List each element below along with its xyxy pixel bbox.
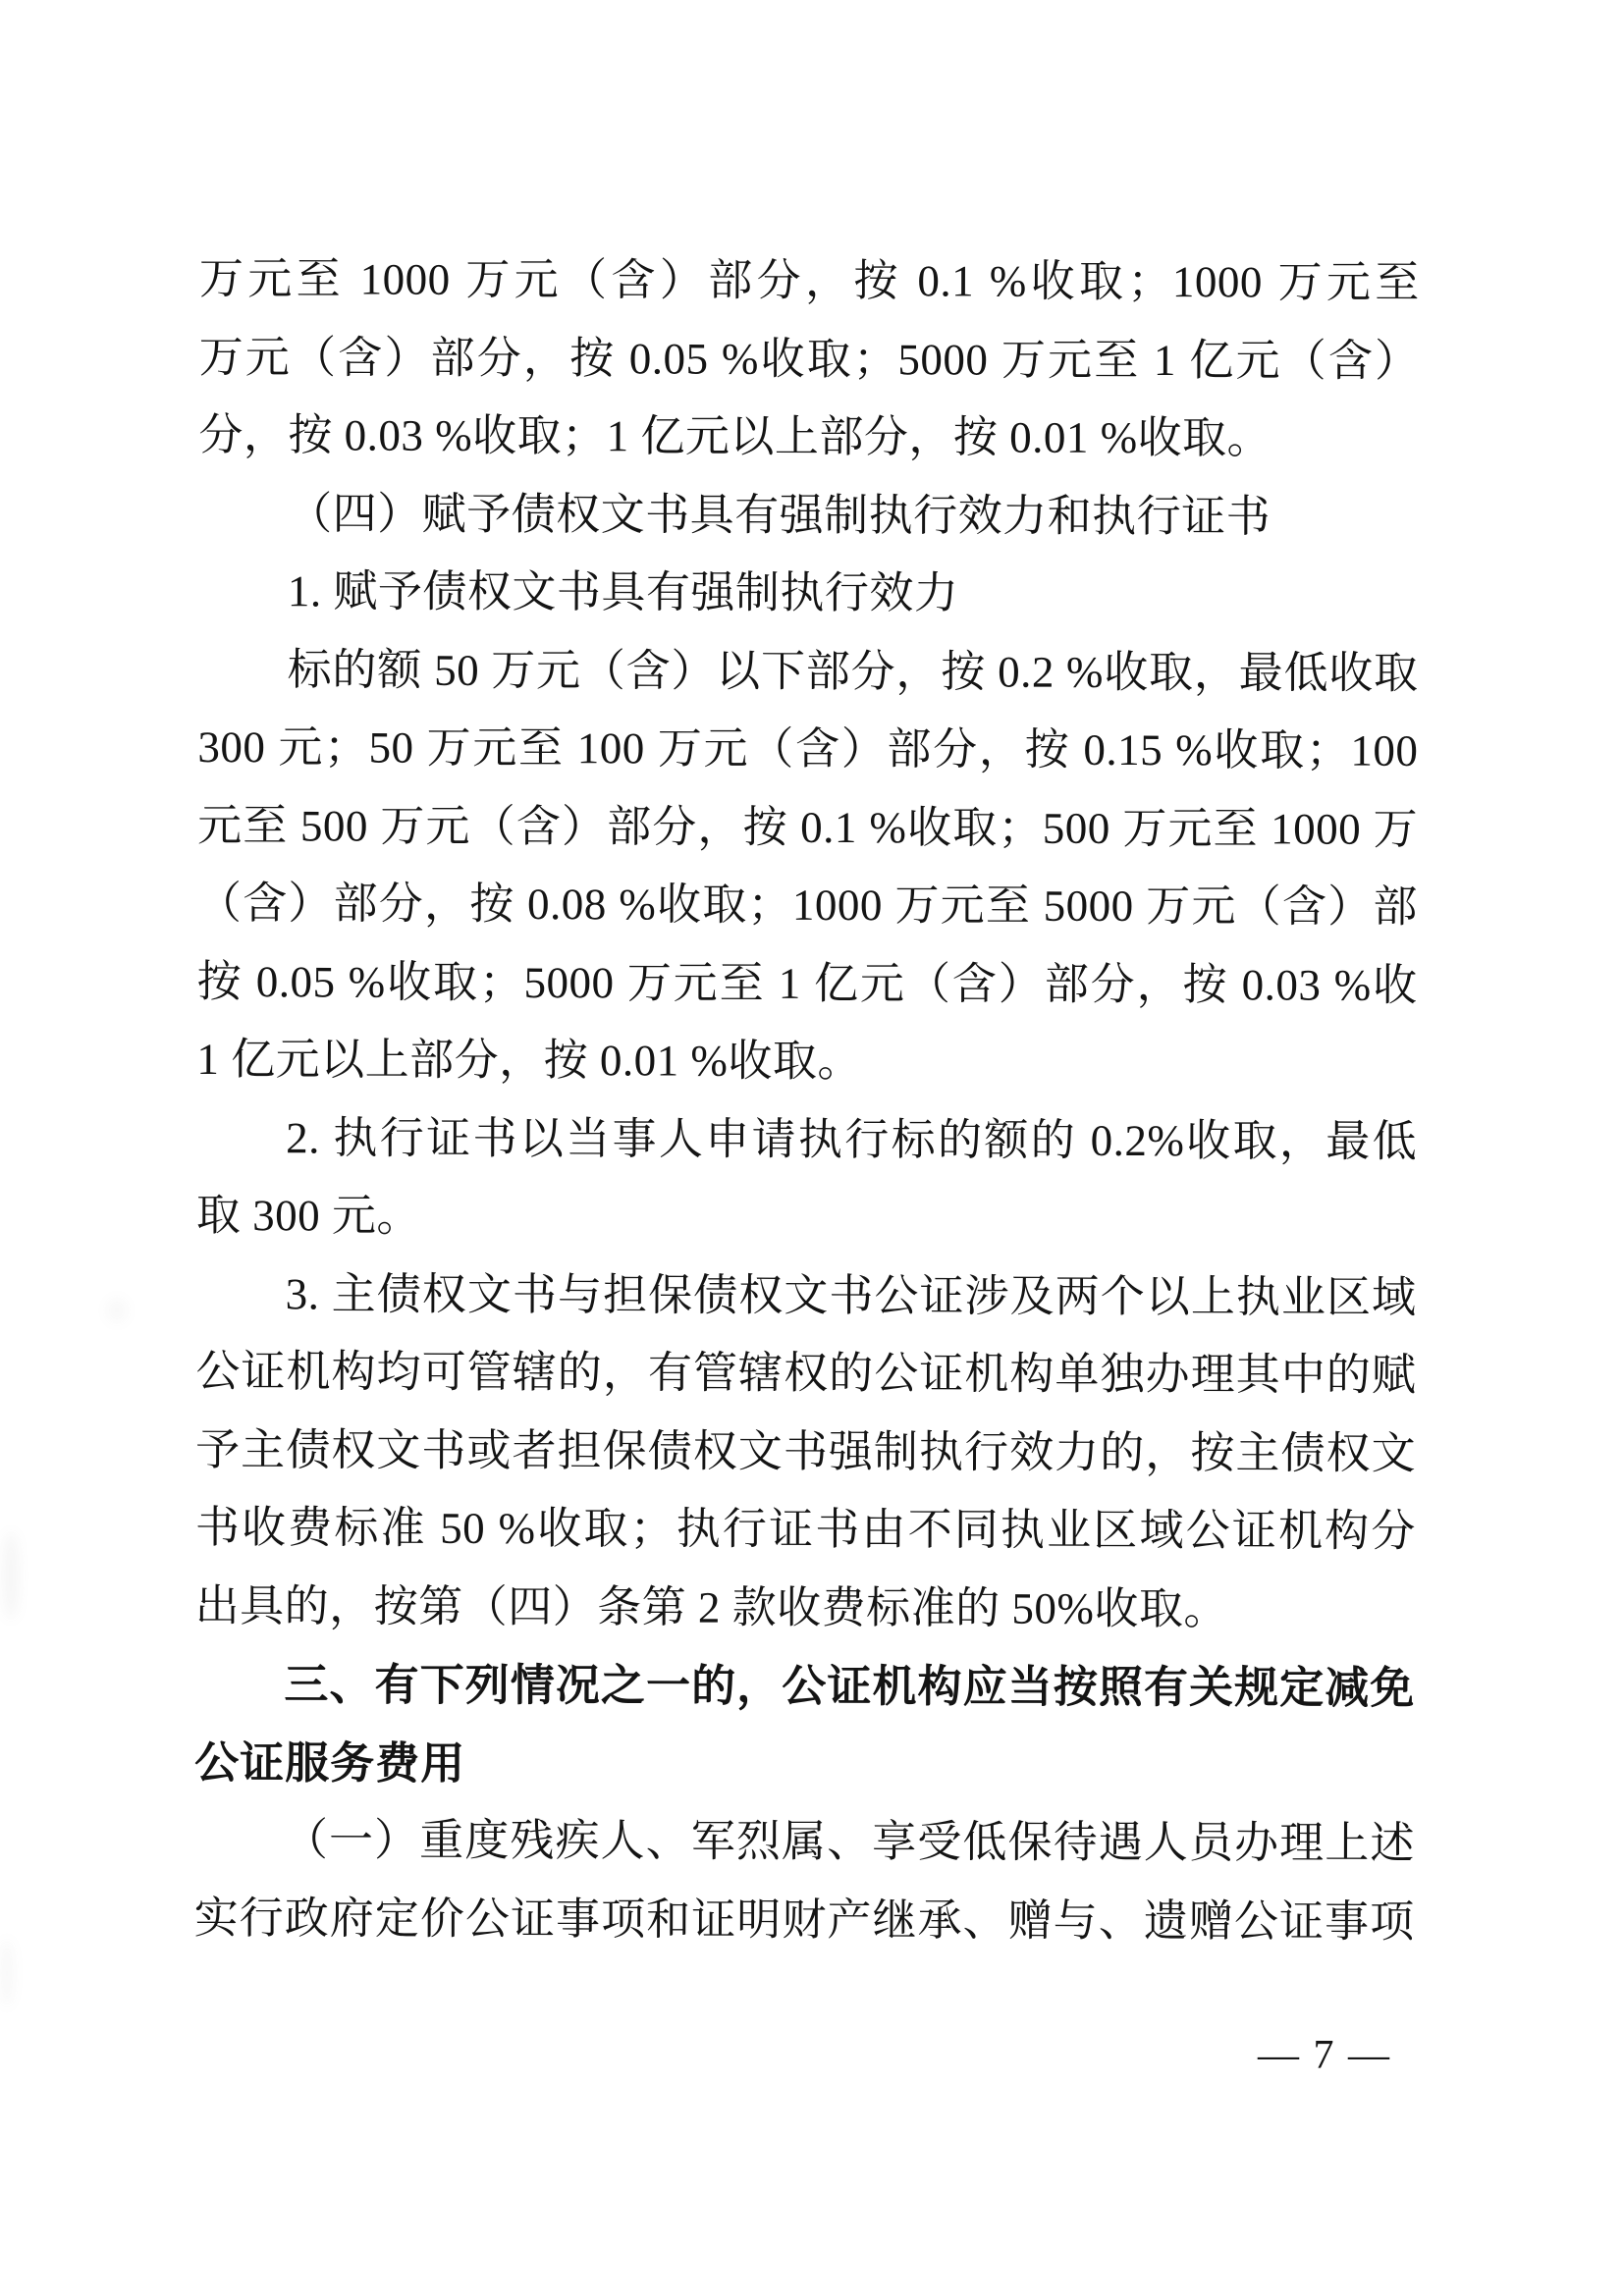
text-line: 300 元；50 万元至 100 万元（含）部分，按 0.15 %收取；100 …	[197, 709, 1418, 790]
text-line: 1 亿元以上部分，按 0.01 %收取。	[196, 1021, 1417, 1102]
text-line: 公证服务费用	[194, 1723, 1415, 1804]
text-line: 公证机构均可管辖的，有管辖权的公证机构单独办理其中的赋	[195, 1333, 1416, 1415]
text-line: 分，按 0.03 %收取；1 亿元以上部分，按 0.01 %收取。	[198, 397, 1419, 478]
scan-smudge	[106, 1298, 128, 1323]
document-page: 万元至 1000 万元（含）部分，按 0.1 %收取；1000 万元至 5000…	[0, 0, 1623, 2296]
text-line: 按 0.05 %收取；5000 万元至 1 亿元（含）部分，按 0.03 %收取…	[197, 942, 1418, 1024]
scan-smudge	[2, 1531, 20, 1620]
page-footer: — 7 —	[1258, 2030, 1391, 2081]
text-line: 出具的，按第（四）条第 2 款收费标准的 50%收取。	[195, 1567, 1416, 1648]
text-line: 2. 执行证书以当事人申请执行标的额的 0.2%收取，最低收	[196, 1098, 1417, 1180]
text-line: 取 300 元。	[196, 1177, 1417, 1258]
text-line: 万元至 1000 万元（含）部分，按 0.1 %收取；1000 万元至 5000	[199, 240, 1420, 322]
text-line: 万元（含）部分，按 0.05 %收取；5000 万元至 1 亿元（含）部	[199, 318, 1420, 400]
text-line: 3. 主债权文书与担保债权文书公证涉及两个以上执业区域	[196, 1255, 1417, 1336]
text-line: 予主债权文书或者担保债权文书强制执行效力的，按主债权文	[195, 1411, 1416, 1492]
text-line: 1. 赋予债权文书具有强制执行效力	[198, 553, 1419, 634]
document-body: 万元至 1000 万元（含）部分，按 0.1 %收取；1000 万元至 5000…	[194, 240, 1420, 1961]
text-line: （含）部分，按 0.08 %收取；1000 万元至 5000 万元（含）部分，	[197, 865, 1418, 946]
text-line: 元至 500 万元（含）部分，按 0.1 %收取；500 万元至 1000 万元	[197, 786, 1418, 868]
page-number: — 7 —	[1258, 2033, 1391, 2078]
text-line: 书收费标准 50 %收取；执行证书由不同执业区域公证机构分别	[195, 1489, 1416, 1571]
text-line: （一）重度残疾人、军烈属、享受低保待遇人员办理上述	[194, 1801, 1415, 1883]
text-line: 三、有下列情况之一的，公证机构应当按照有关规定减免	[194, 1645, 1415, 1727]
text-line: （四）赋予债权文书具有强制执行效力和执行证书	[198, 474, 1419, 556]
text-line: 实行政府定价公证事项和证明财产继承、赠与、遗赠公证事项	[194, 1879, 1415, 1960]
scan-smudge	[0, 1939, 14, 2007]
text-line: 标的额 50 万元（含）以下部分，按 0.2 %收取，最低收取	[198, 630, 1419, 712]
